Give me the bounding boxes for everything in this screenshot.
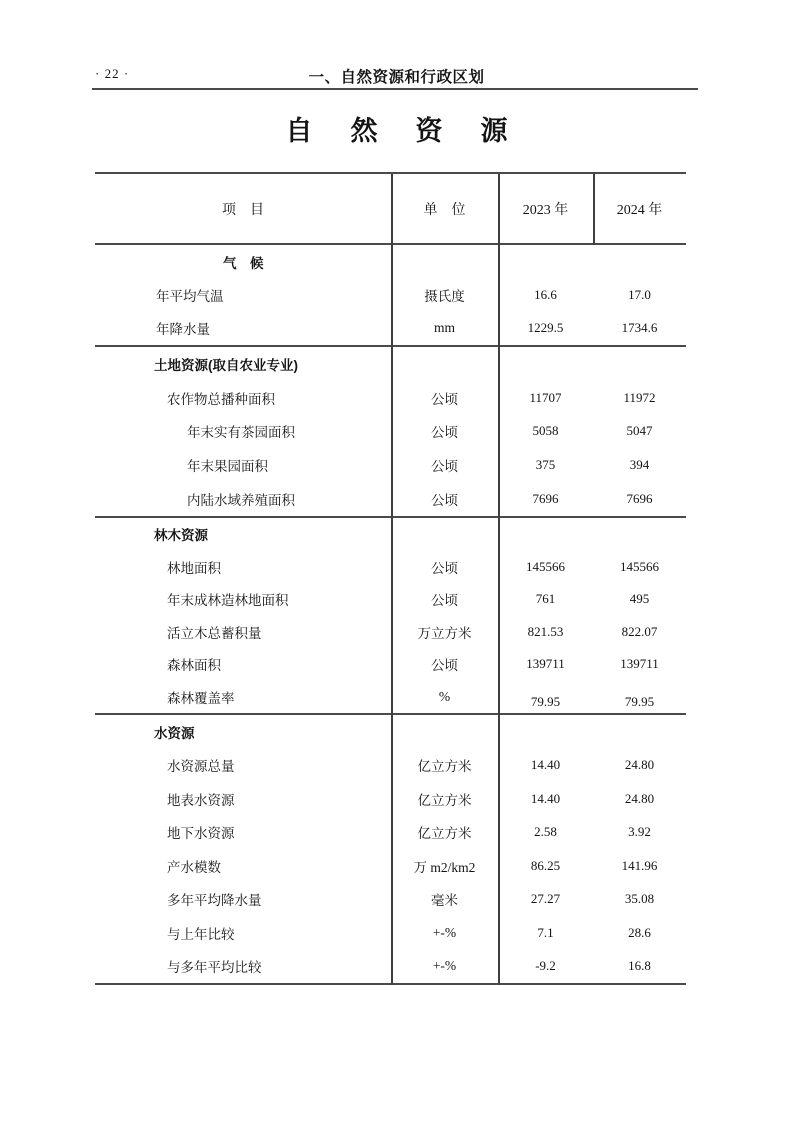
row-unit: 亿立方米 (391, 749, 498, 783)
row-value-2024: 1734.6 (593, 312, 686, 345)
row-label: 地表水资源 (95, 782, 391, 816)
row-unit: 亿立方米 (391, 782, 498, 816)
row-label: 年降水量 (95, 312, 391, 345)
row-unit: +-% (391, 950, 498, 984)
row-unit: 毫米 (391, 883, 498, 917)
row-unit: 亿立方米 (391, 816, 498, 850)
row-value-2024: 11972 (593, 381, 686, 415)
row-label: 内陆水域养殖面积 (95, 482, 391, 516)
row-value-2024: 495 (593, 583, 686, 616)
row-value-2023: 761 (498, 583, 593, 616)
row-unit (391, 245, 498, 278)
natural-resources-table: 项 目 单 位 2023 年 2024 年 气 候年平均气温摄氏度16.617.… (95, 172, 686, 985)
row-unit: 公顷 (391, 583, 498, 616)
row-value-2024: 3.92 (593, 816, 686, 850)
row-value-2023 (498, 245, 593, 278)
row-label: 森林覆盖率 (95, 681, 391, 714)
row-value-2024: 822.07 (593, 616, 686, 649)
row-label: 多年平均降水量 (95, 883, 391, 917)
row-label: 气 候 (95, 245, 391, 278)
column-header-unit: 单 位 (391, 174, 498, 243)
row-value-2024: 141.96 (593, 849, 686, 883)
row-label: 农作物总播种面积 (95, 381, 391, 415)
row-label: 土地资源(取自农业专业) (95, 347, 391, 381)
row-label: 地下水资源 (95, 816, 391, 850)
row-value-2024: 35.08 (593, 883, 686, 917)
column-divider-2 (498, 174, 500, 985)
column-header-item: 项 目 (95, 174, 391, 243)
column-header-2023: 2023 年 (498, 174, 593, 243)
row-value-2023 (498, 347, 593, 381)
row-value-2024 (593, 245, 686, 278)
row-unit: 公顷 (391, 381, 498, 415)
row-value-2023: 16.6 (498, 278, 593, 311)
row-unit: 公顷 (391, 551, 498, 584)
row-label: 水资源总量 (95, 749, 391, 783)
row-unit: 公顷 (391, 415, 498, 449)
row-label: 与多年平均比较 (95, 950, 391, 984)
row-value-2024: 394 (593, 448, 686, 482)
row-label: 林木资源 (95, 518, 391, 551)
row-value-2024 (593, 715, 686, 749)
row-value-2024: 139711 (593, 648, 686, 681)
row-value-2023: 11707 (498, 381, 593, 415)
row-value-2023 (498, 715, 593, 749)
column-divider-3-header-only (593, 174, 595, 245)
column-header-2024: 2024 年 (593, 174, 686, 243)
row-unit (391, 715, 498, 749)
row-value-2023: 821.53 (498, 616, 593, 649)
row-label: 森林面积 (95, 648, 391, 681)
row-value-2023: 7.1 (498, 916, 593, 950)
row-unit: 公顷 (391, 482, 498, 516)
row-value-2023: 14.40 (498, 749, 593, 783)
row-value-2024 (593, 347, 686, 381)
row-value-2023: 375 (498, 448, 593, 482)
row-label: 产水模数 (95, 849, 391, 883)
row-value-2024 (593, 518, 686, 551)
row-value-2023: 1229.5 (498, 312, 593, 345)
row-label: 年末成林造林地面积 (95, 583, 391, 616)
row-unit: 万 m2/km2 (391, 849, 498, 883)
document-page: · 22 · 一、自然资源和行政区划 自然资源 项 目 单 位 2023 年 2… (0, 0, 793, 1122)
header-rule (92, 88, 698, 90)
row-value-2023: 2.58 (498, 816, 593, 850)
row-value-2024: 24.80 (593, 782, 686, 816)
row-value-2023: 79.95 (498, 686, 593, 719)
row-unit: 摄氏度 (391, 278, 498, 311)
row-value-2023: -9.2 (498, 950, 593, 984)
row-value-2023: 27.27 (498, 883, 593, 917)
row-label: 年平均气温 (95, 278, 391, 311)
row-value-2024: 16.8 (593, 950, 686, 984)
row-value-2024: 5047 (593, 415, 686, 449)
row-label: 年末果园面积 (95, 448, 391, 482)
row-value-2024: 79.95 (593, 686, 686, 719)
row-unit (391, 347, 498, 381)
row-unit: 公顷 (391, 448, 498, 482)
row-label: 水资源 (95, 715, 391, 749)
row-value-2023: 7696 (498, 482, 593, 516)
row-value-2023 (498, 518, 593, 551)
row-value-2024: 145566 (593, 551, 686, 584)
chapter-title: 一、自然资源和行政区划 (0, 65, 793, 87)
row-unit: +-% (391, 916, 498, 950)
row-value-2023: 139711 (498, 648, 593, 681)
row-unit: mm (391, 312, 498, 345)
row-unit: 公顷 (391, 648, 498, 681)
row-value-2024: 7696 (593, 482, 686, 516)
row-value-2024: 28.6 (593, 916, 686, 950)
row-value-2023: 145566 (498, 551, 593, 584)
row-label: 活立木总蓄积量 (95, 616, 391, 649)
row-unit: 万立方米 (391, 616, 498, 649)
page-title: 自然资源 (0, 114, 793, 148)
row-value-2023: 14.40 (498, 782, 593, 816)
column-divider-1 (391, 174, 393, 985)
row-label: 与上年比较 (95, 916, 391, 950)
row-value-2024: 24.80 (593, 749, 686, 783)
row-value-2024: 17.0 (593, 278, 686, 311)
row-unit (391, 518, 498, 551)
row-label: 年末实有茶园面积 (95, 415, 391, 449)
row-value-2023: 86.25 (498, 849, 593, 883)
row-value-2023: 5058 (498, 415, 593, 449)
row-label: 林地面积 (95, 551, 391, 584)
row-unit: % (391, 681, 498, 714)
